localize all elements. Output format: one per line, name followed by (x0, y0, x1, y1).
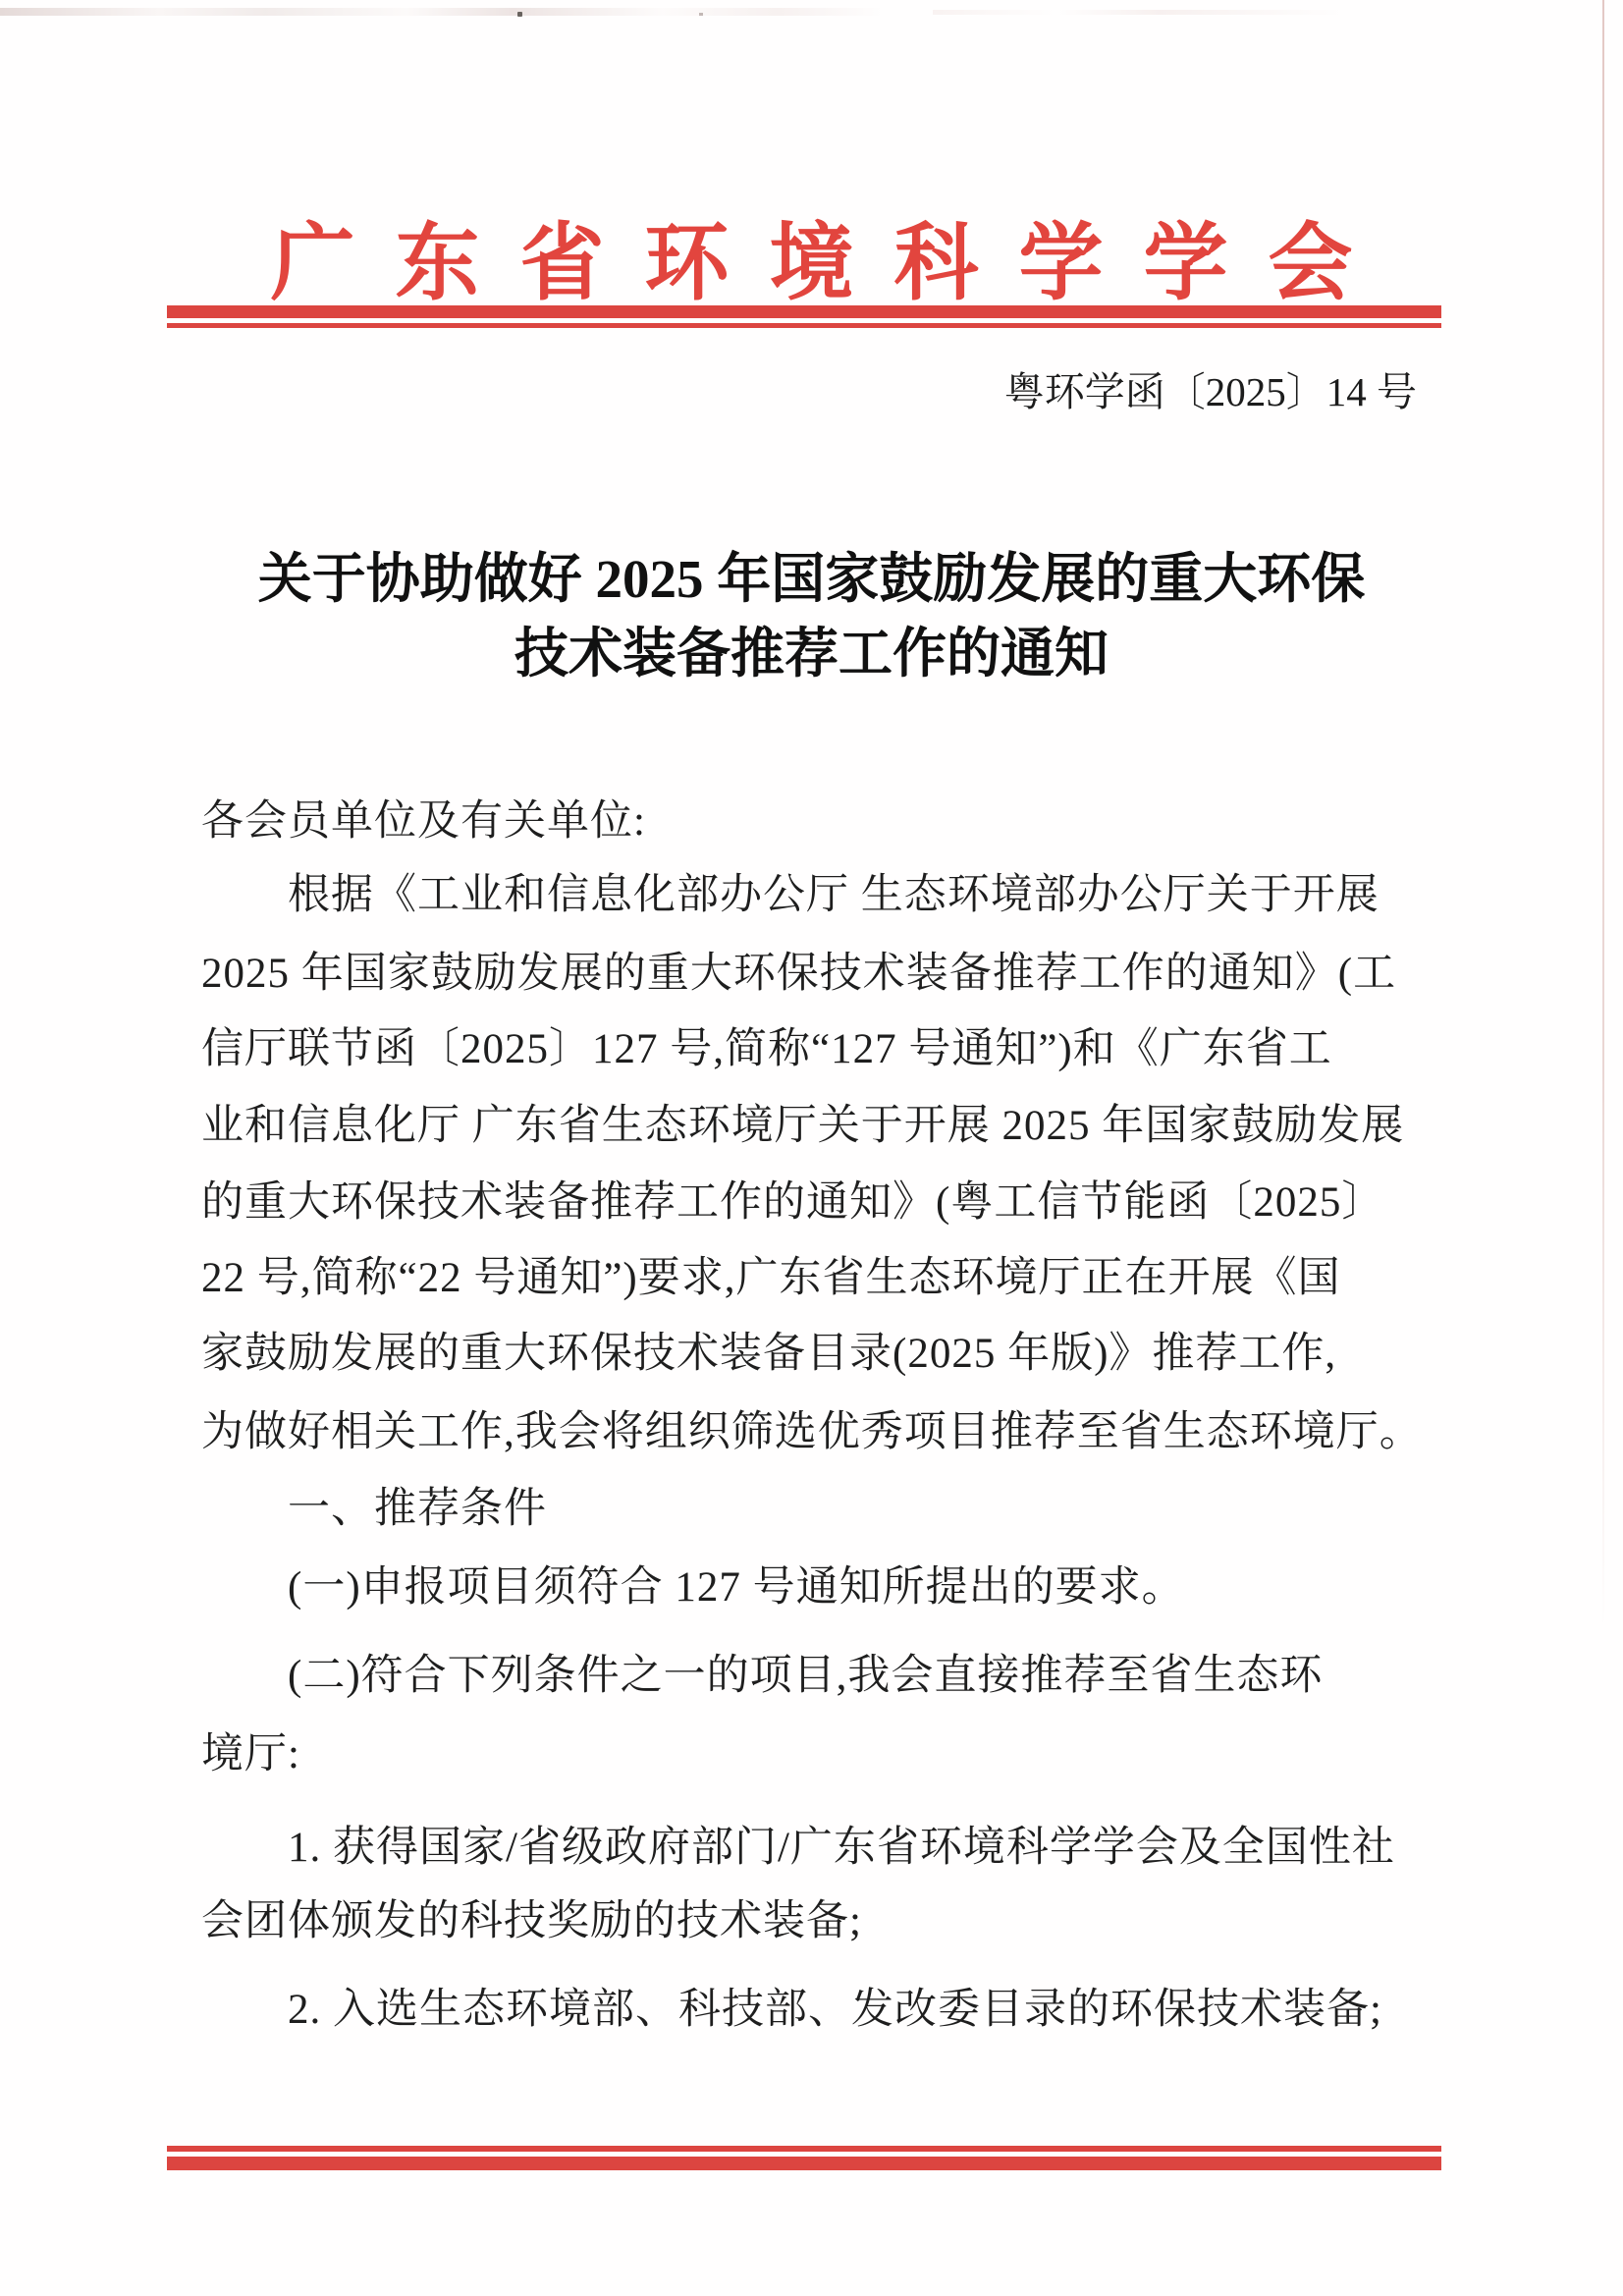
section-heading: 一、推荐条件 (288, 1475, 547, 1535)
body-line: 家鼓励发展的重大环保技术装备目录(2025 年版)》推荐工作, (201, 1320, 1336, 1380)
scan-speck (517, 12, 522, 17)
document-title-line2: 技术装备推荐工作的通知 (0, 617, 1623, 691)
document-number: 粤环学函〔2025〕14 号 (1004, 359, 1417, 417)
body-line: 业和信息化厅 广东省生态环境厅关于开展 2025 年国家鼓励发展 (201, 1092, 1404, 1152)
body-line: 22 号,简称“22 号通知”)要求,广东省生态环境厅正在开展《国 (201, 1244, 1341, 1304)
body-line: 为做好相关工作,我会将组织筛选优秀项目推荐至省生态环境厅。 (201, 1398, 1423, 1458)
letterhead-rule-thin (167, 323, 1441, 328)
body-line: 会团体颁发的科技奖励的技术装备; (201, 1887, 862, 1947)
document-page: 广东省环境科学学会 粤环学函〔2025〕14 号 关于协助做好 2025 年国家… (0, 0, 1623, 2296)
scan-smudge-top-right (933, 10, 1345, 15)
body-line: 2025 年国家鼓励发展的重大环保技术装备推荐工作的通知》(工 (201, 940, 1396, 1000)
body-line: (一)申报项目须符合 127 号通知所提出的要求。 (288, 1554, 1185, 1613)
body-line: 的重大环保技术装备推荐工作的通知》(粤工信节能函〔2025〕 (201, 1169, 1384, 1229)
document-title: 关于协助做好 2025 年国家鼓励发展的重大环保 技术装备推荐工作的通知 (0, 542, 1623, 691)
body-line: 1. 获得国家/省级政府部门/广东省环境科学学会及全国性社 (288, 1814, 1395, 1874)
letterhead-rule-thick (167, 305, 1441, 318)
footer-rule-thin (167, 2146, 1441, 2152)
body-line: 信厅联节函〔2025〕127 号,简称“127 号通知”)和《广东省工 (201, 1015, 1332, 1075)
body-line: 2. 入选生态环境部、科技部、发改委目录的环保技术装备; (288, 1976, 1382, 2036)
body-line: 根据《工业和信息化部办公厅 生态环境部办公厅关于开展 (288, 861, 1380, 921)
body-line: 境厅: (201, 1721, 300, 1780)
footer-rule-thick (167, 2157, 1441, 2170)
scan-speck (699, 13, 703, 16)
salutation: 各会员单位及有关单位: (201, 788, 646, 847)
body-line: (二)符合下列条件之一的项目,我会直接推荐至省生态环 (288, 1642, 1323, 1702)
scan-smudge-top (0, 8, 884, 16)
letterhead-org-name: 广东省环境科学学会 (0, 194, 1623, 316)
document-title-line1: 关于协助做好 2025 年国家鼓励发展的重大环保 (0, 542, 1623, 617)
